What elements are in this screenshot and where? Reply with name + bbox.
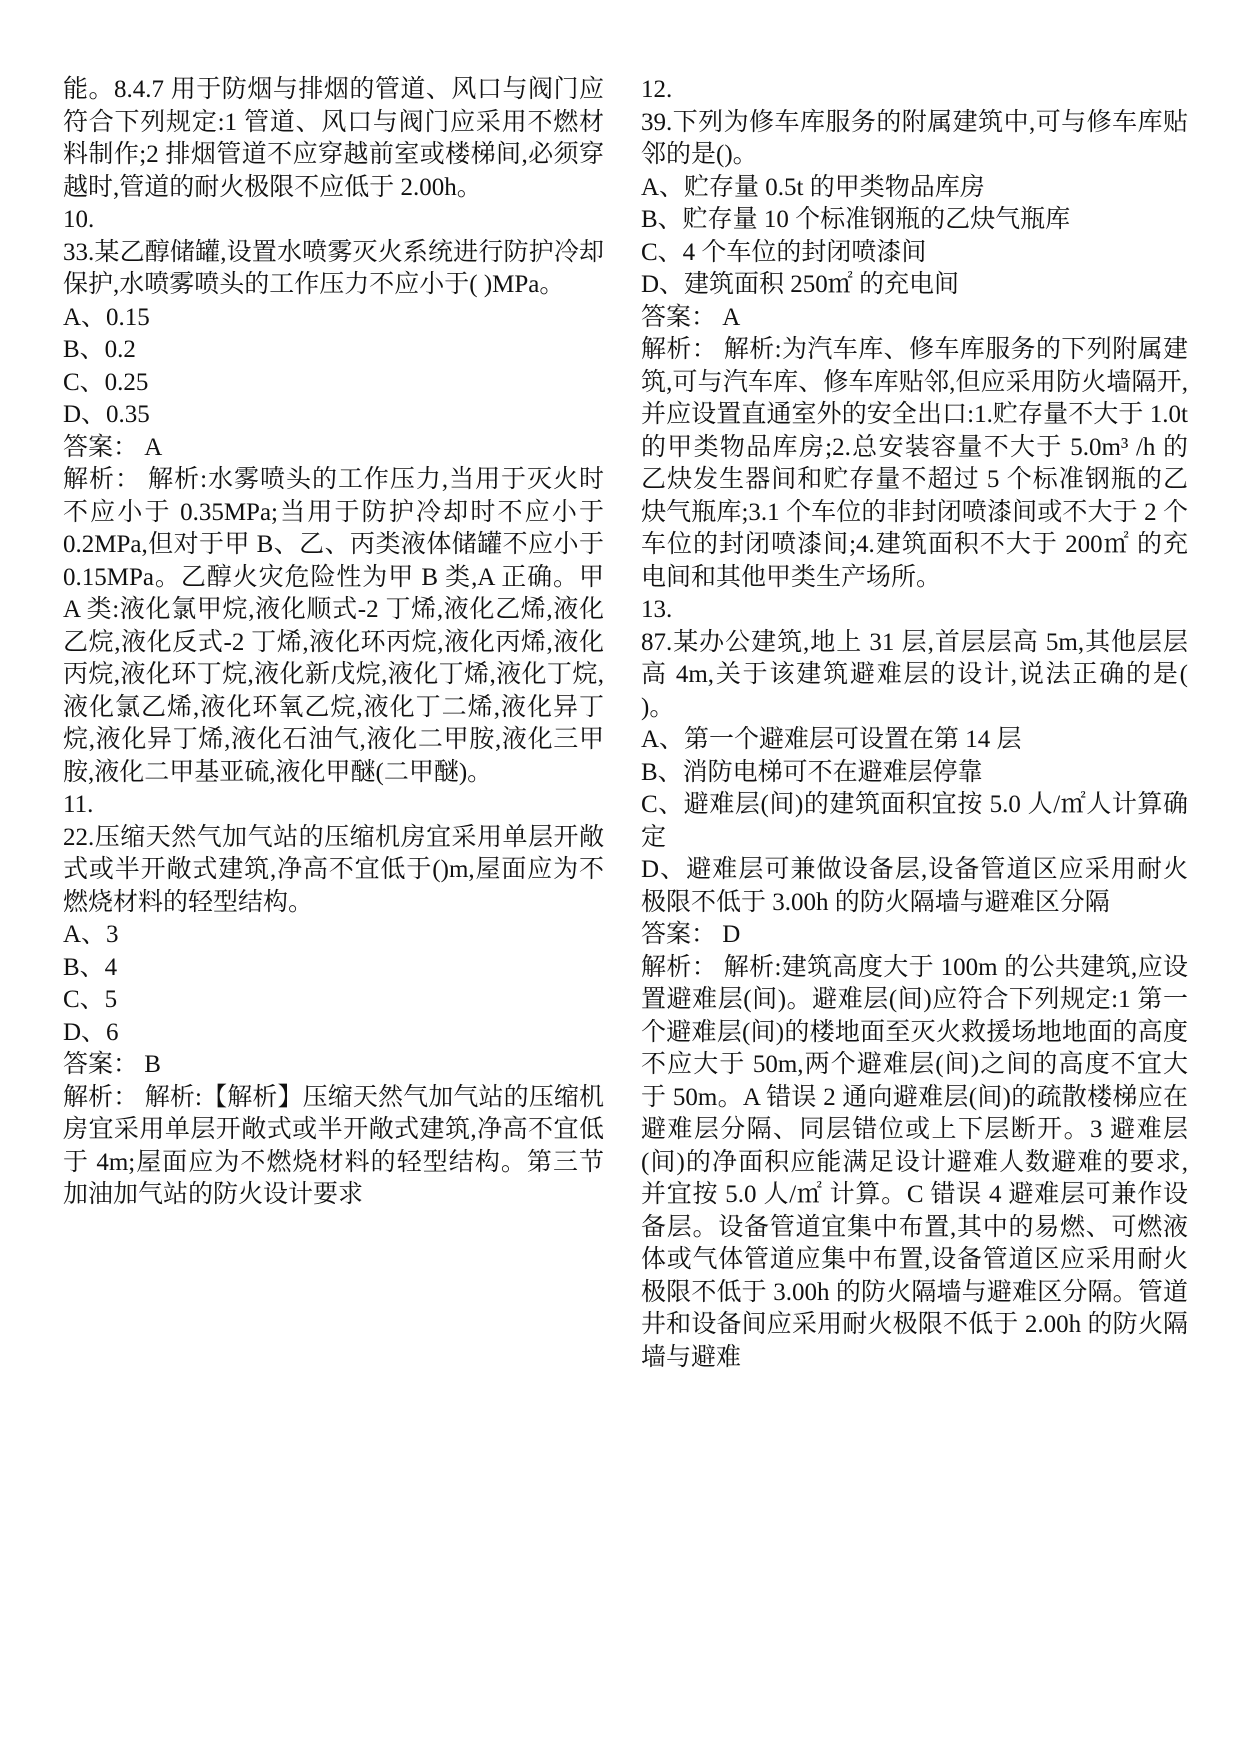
question-stem: 39.下列为修车库服务的附属建筑中,可与修车库贴邻的是()。 bbox=[641, 107, 1188, 172]
answer-line: 答案： A bbox=[641, 302, 1188, 335]
right-column: 12. 39.下列为修车库服务的附属建筑中,可与修车库贴邻的是()。 A、贮存量… bbox=[641, 74, 1188, 1374]
analysis-paragraph: 解析： 解析:建筑高度大于 100m 的公共建筑,应设置避难层(间)。避难层(间… bbox=[641, 952, 1188, 1375]
option-b: B、贮存量 10 个标准钢瓶的乙炔气瓶库 bbox=[641, 204, 1188, 237]
option-d: D、建筑面积 250㎡ 的充电间 bbox=[641, 269, 1188, 302]
question-block-13: 13. 87.某办公建筑,地上 31 层,首层层高 5m,其他层层高 4m,关于… bbox=[641, 594, 1188, 1374]
question-number: 11. bbox=[63, 789, 604, 822]
analysis-paragraph: 解析： 解析:水雾喷头的工作压力,当用于灭火时不应小于 0.35MPa;当用于防… bbox=[63, 464, 604, 789]
option-b: B、消防电梯可不在避难层停靠 bbox=[641, 757, 1188, 790]
option-a: A、3 bbox=[63, 919, 604, 952]
question-number: 12. bbox=[641, 74, 1188, 107]
option-a: A、贮存量 0.5t 的甲类物品库房 bbox=[641, 172, 1188, 205]
intro-continuation-paragraph: 能。8.4.7 用于防烟与排烟的管道、风口与阀门应符合下列规定:1 管道、风口与… bbox=[63, 74, 604, 204]
option-d: D、6 bbox=[63, 1017, 604, 1050]
question-block-11: 11. 22.压缩天然气加气站的压缩机房宜采用单层开敞式或半开敞式建筑,净高不宜… bbox=[63, 789, 604, 1212]
option-c: C、0.25 bbox=[63, 367, 604, 400]
option-c: C、4 个车位的封闭喷漆间 bbox=[641, 237, 1188, 270]
option-b: B、0.2 bbox=[63, 334, 604, 367]
option-c: C、避难层(间)的建筑面积宜按 5.0 人/㎡人计算确定 bbox=[641, 789, 1188, 854]
question-number: 13. bbox=[641, 594, 1188, 627]
answer-line: 答案： D bbox=[641, 919, 1188, 952]
question-stem: 33.某乙醇储罐,设置水喷雾灭火系统进行防护冷却保护,水喷雾喷头的工作压力不应小… bbox=[63, 237, 604, 302]
question-block-12: 12. 39.下列为修车库服务的附属建筑中,可与修车库贴邻的是()。 A、贮存量… bbox=[641, 74, 1188, 594]
option-a: A、0.15 bbox=[63, 302, 604, 335]
option-d: D、0.35 bbox=[63, 399, 604, 432]
question-stem: 87.某办公建筑,地上 31 层,首层层高 5m,其他层层高 4m,关于该建筑避… bbox=[641, 627, 1188, 725]
option-c: C、5 bbox=[63, 984, 604, 1017]
option-b: B、4 bbox=[63, 952, 604, 985]
analysis-paragraph: 解析： 解析:【解析】压缩天然气加气站的压缩机房宜采用单层开敞式或半开敞式建筑,… bbox=[63, 1082, 604, 1212]
analysis-paragraph: 解析： 解析:为汽车库、修车库服务的下列附属建筑,可与汽车库、修车库贴邻,但应采… bbox=[641, 334, 1188, 594]
left-column: 能。8.4.7 用于防烟与排烟的管道、风口与阀门应符合下列规定:1 管道、风口与… bbox=[63, 74, 604, 1212]
question-stem: 22.压缩天然气加气站的压缩机房宜采用单层开敞式或半开敞式建筑,净高不宜低于()… bbox=[63, 822, 604, 920]
question-number: 10. bbox=[63, 204, 604, 237]
document-page: 能。8.4.7 用于防烟与排烟的管道、风口与阀门应符合下列规定:1 管道、风口与… bbox=[0, 0, 1240, 1753]
option-a: A、第一个避难层可设置在第 14 层 bbox=[641, 724, 1188, 757]
answer-line: 答案： B bbox=[63, 1049, 604, 1082]
answer-line: 答案： A bbox=[63, 432, 604, 465]
question-block-10: 10. 33.某乙醇储罐,设置水喷雾灭火系统进行防护冷却保护,水喷雾喷头的工作压… bbox=[63, 204, 604, 789]
option-d: D、避难层可兼做设备层,设备管道区应采用耐火极限不低于 3.00h 的防火隔墙与… bbox=[641, 854, 1188, 919]
